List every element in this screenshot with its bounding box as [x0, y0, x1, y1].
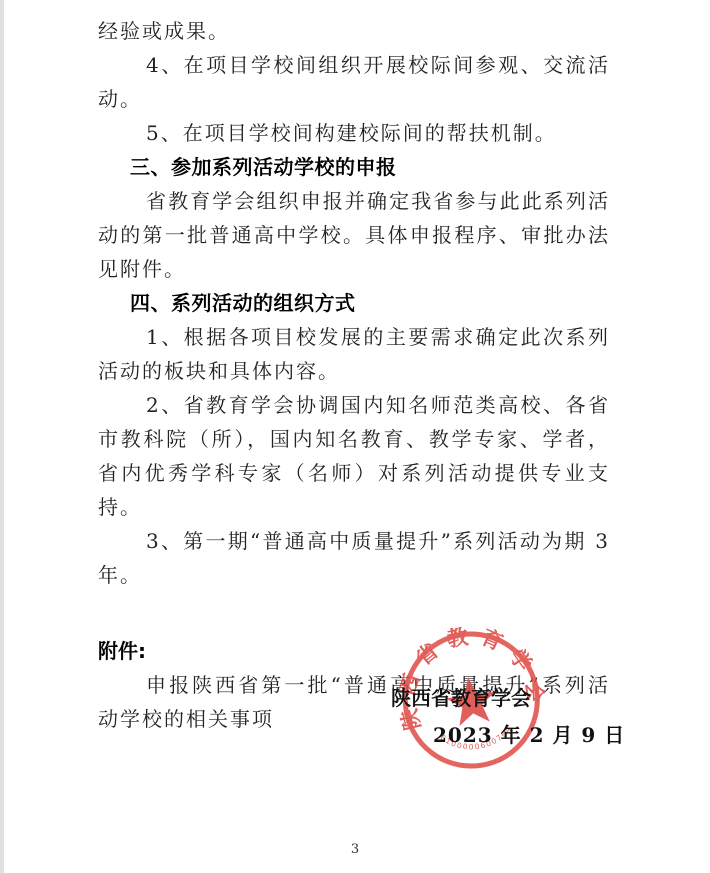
list-item-5: 5、在项目学校间构建校际间的帮扶机制。	[98, 116, 610, 150]
section-heading-3: 三、参加系列活动学校的申报	[98, 150, 610, 184]
page-number: 3	[0, 842, 710, 857]
section-heading-4: 四、系列活动的组织方式	[98, 286, 610, 320]
list-item-4: 4、在项目学校间组织开展校际间参观、交流活动。	[98, 48, 610, 116]
scan-edge-strip	[0, 0, 4, 873]
section-4-item-1: 1、根据各项目校发展的主要需求确定此次系列活动的板块和具体内容。	[98, 320, 610, 388]
section-4-item-2: 2、省教育学会协调国内知名师范类高校、各省市教科院（所），国内知名教育、教学专家…	[98, 388, 610, 524]
document-page: 经验或成果。 4、在项目学校间组织开展校际间参观、交流活动。 5、在项目学校间构…	[0, 0, 710, 873]
signature-organization: 陕西省教育学会	[391, 682, 531, 711]
signature-date: 2023 年 2 月 9 日	[433, 719, 625, 748]
section-3-paragraph: 省教育学会组织申报并确定我省参与此此系列活动的第一批普通高中学校。具体申报程序、…	[98, 184, 610, 286]
paragraph-continuation: 经验或成果。	[98, 14, 610, 48]
section-4-item-3: 3、第一期“普通高中质量提升”系列活动为期 3 年。	[98, 524, 610, 592]
